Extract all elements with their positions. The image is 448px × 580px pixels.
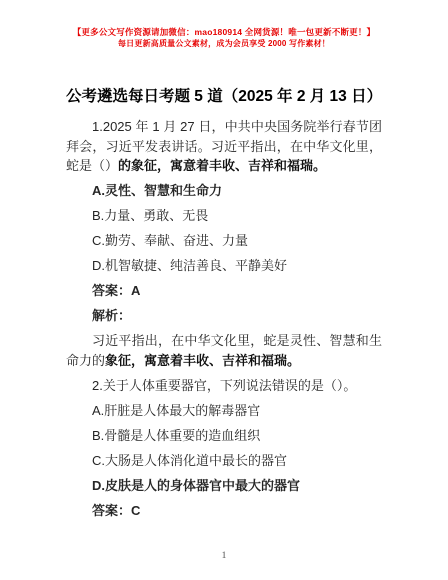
question-2-option-c: C.大肠是人体消化道中最长的器官 <box>66 451 382 471</box>
question-2-option-b: B.骨髓是人体重要的造血组织 <box>66 426 382 446</box>
document-body: 公考遴选每日考题 5 道（2025 年 2 月 13 日） 1.2025 年 1… <box>0 86 448 520</box>
page-number: 1 <box>0 551 448 561</box>
question-1-option-a: A.灵性、智慧和生命力 <box>66 181 382 201</box>
question-2-answer: 答案：C <box>66 501 382 521</box>
question-1-analysis-bold: 象征，寓意着丰收、吉祥和福瑞。 <box>105 353 300 368</box>
promo-banner: 【更多公文写作资源请加微信：mao180914 全网货源！唯一包更新不断更！】 … <box>0 0 448 50</box>
document-page: 【更多公文写作资源请加微信：mao180914 全网货源！唯一包更新不断更！】 … <box>0 0 448 520</box>
question-1-analysis: 习近平指出，在中华文化里，蛇是灵性、智慧和生命力的象征，寓意着丰收、吉祥和福瑞。 <box>66 331 382 370</box>
promo-line-1: 【更多公文写作资源请加微信：mao180914 全网货源！唯一包更新不断更！】 <box>0 26 448 38</box>
promo-line-2: 每日更新高质量公文素材，成为会员享受 2000 写作素材！ <box>0 38 448 50</box>
question-1-option-c: C.勤劳、奉献、奋进、力量 <box>66 231 382 251</box>
page-title: 公考遴选每日考题 5 道（2025 年 2 月 13 日） <box>66 86 382 108</box>
question-1-answer: 答案：A <box>66 281 382 301</box>
question-2-option-d: D.皮肤是人的身体器官中最大的器官 <box>66 476 382 496</box>
question-1-analysis-label: 解析： <box>66 306 382 326</box>
question-2-option-a: A.肝脏是人体最大的解毒器官 <box>66 401 382 421</box>
question-1-option-b: B.力量、勇敢、无畏 <box>66 206 382 226</box>
question-1-stem: 1.2025 年 1 月 27 日，中共中央国务院举行春节团拜会，习近平发表讲话… <box>66 117 382 176</box>
question-2-stem: 2.关于人体重要器官，下列说法错误的是（）。 <box>66 376 382 396</box>
question-1-option-d: D.机智敏捷、纯洁善良、平静美好 <box>66 256 382 276</box>
question-1-stem-bold: 的象征，寓意着丰收、吉祥和福瑞。 <box>118 158 326 173</box>
